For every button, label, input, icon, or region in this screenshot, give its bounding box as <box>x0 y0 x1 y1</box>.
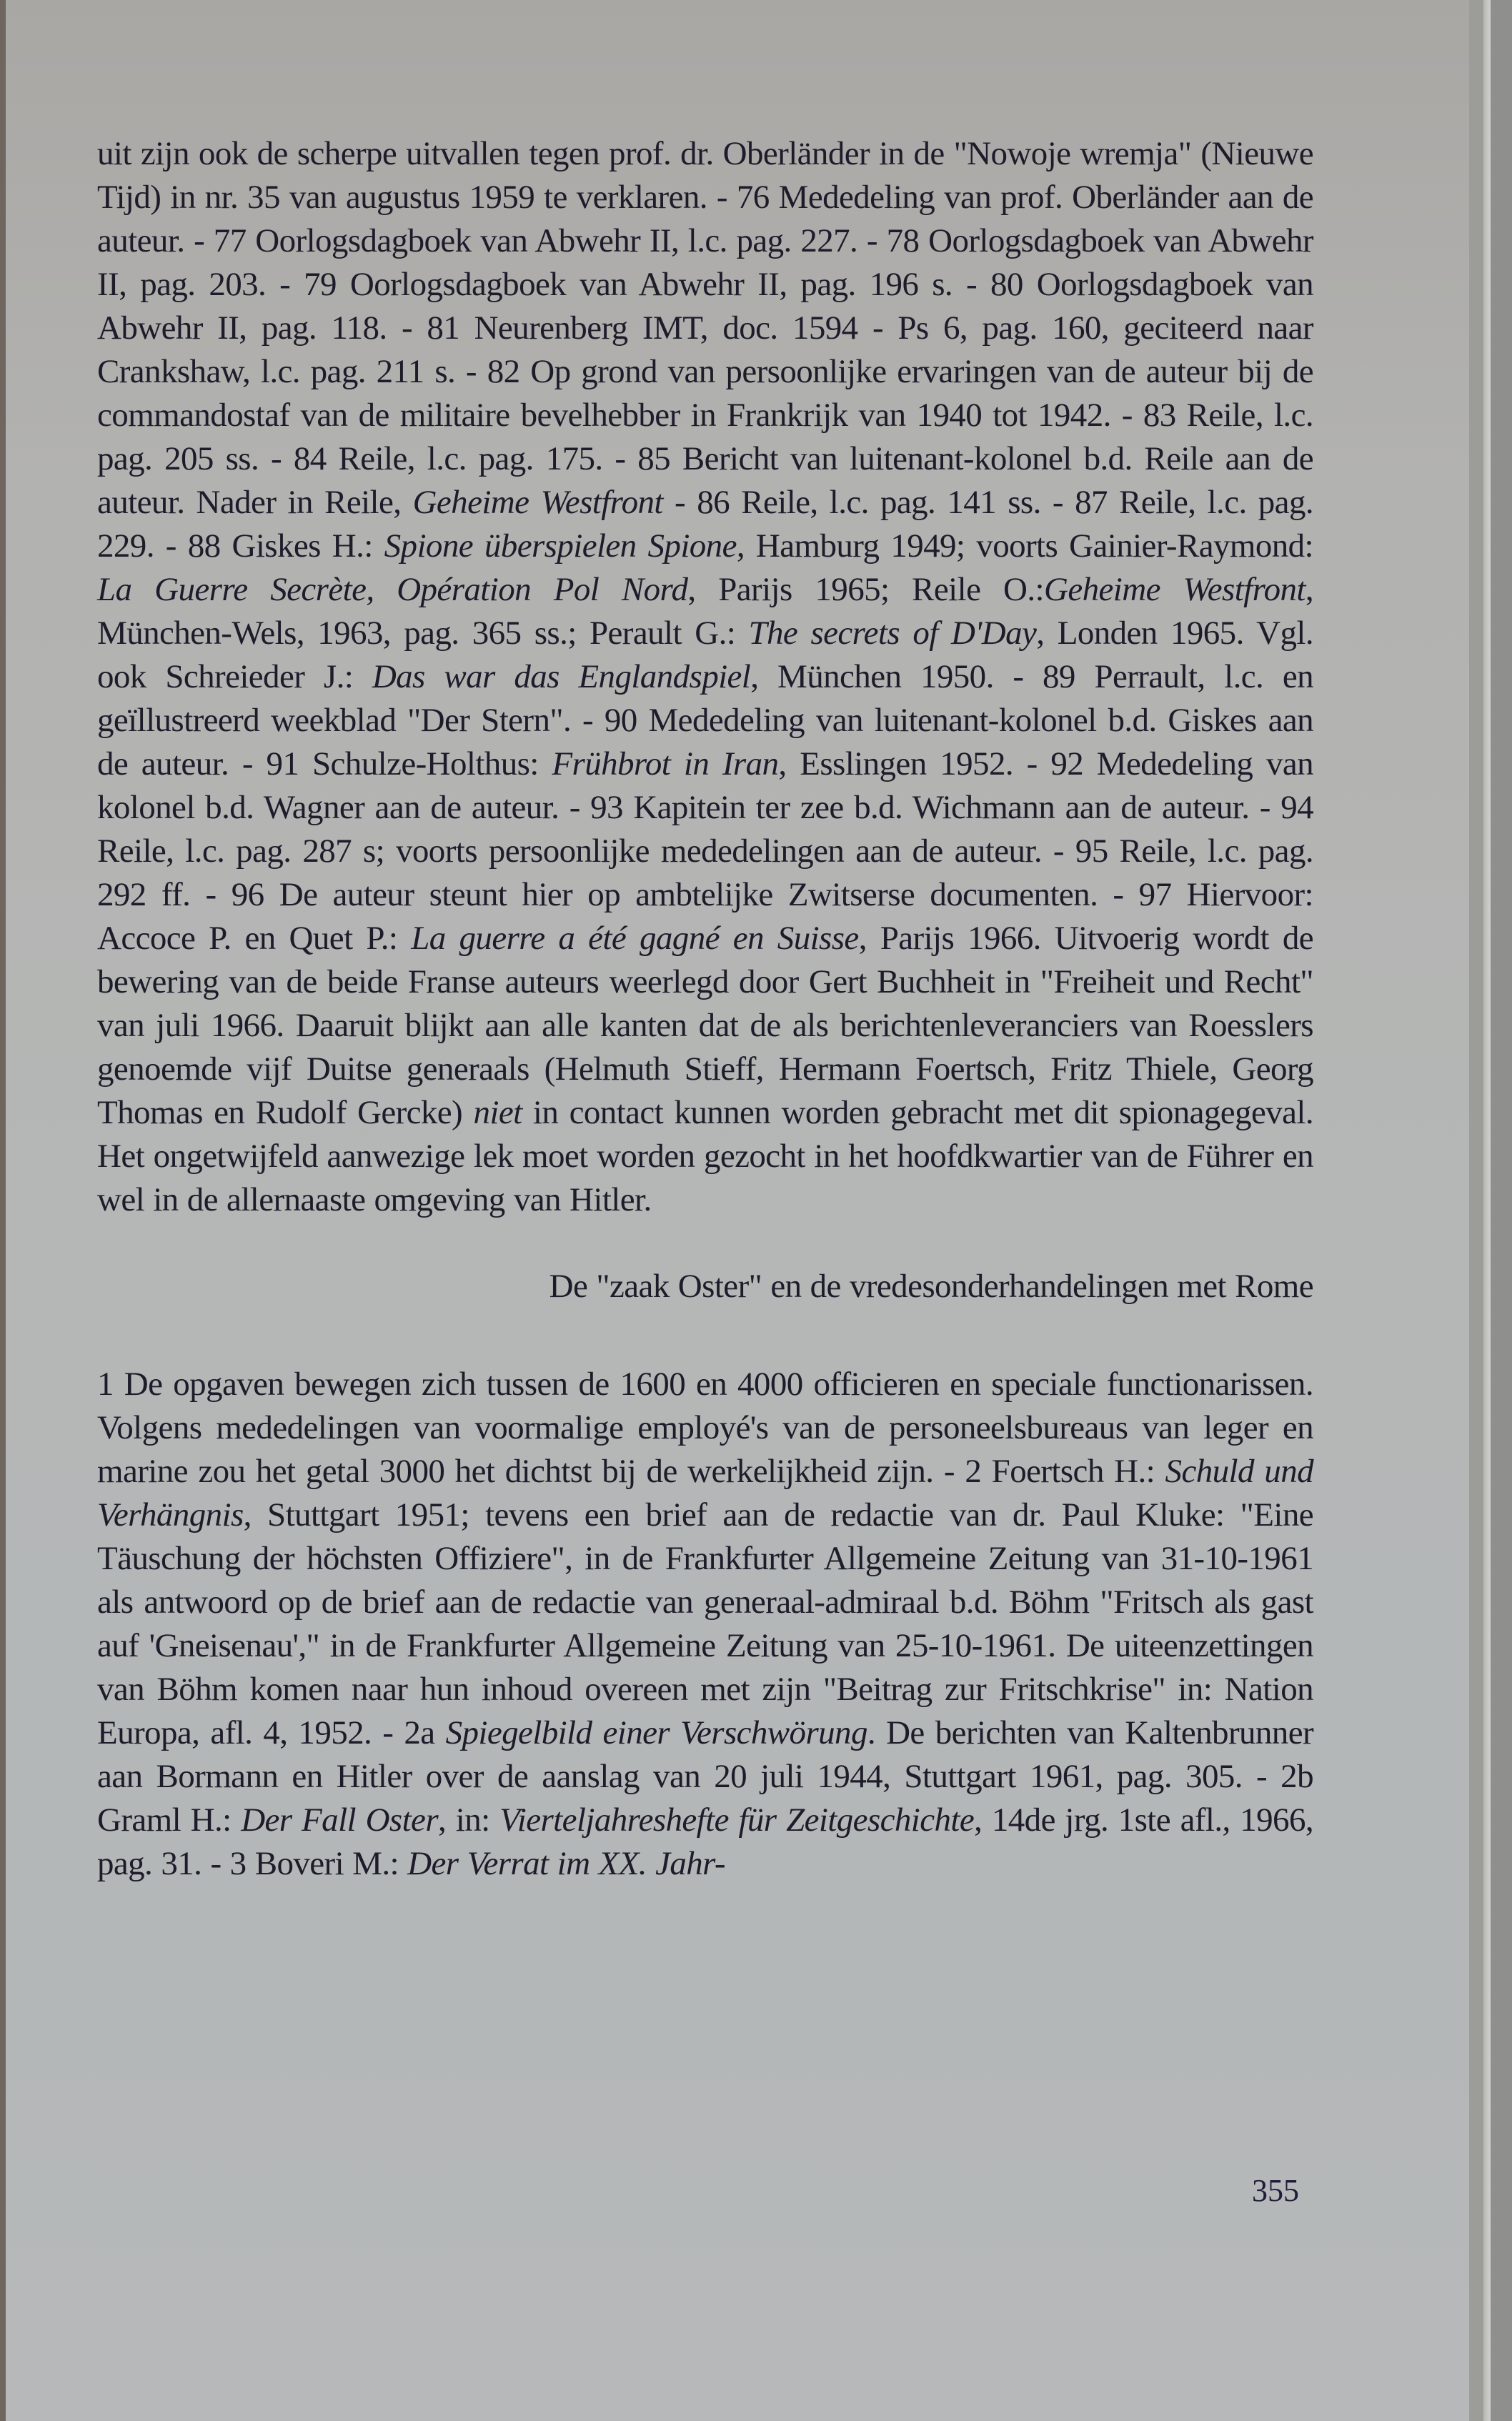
italic-title: Frühbrot in Iran <box>552 745 778 782</box>
text-segment: , Parijs 1965; Reile O.: <box>687 571 1044 608</box>
text-segment: , in: <box>438 1801 499 1839</box>
italic-title: Das war das Englandspiel <box>372 658 750 695</box>
text-segment: 1 De opgaven bewegen zich tussen de 1600… <box>97 1366 1313 1490</box>
page-right-edge <box>1469 0 1491 2421</box>
italic-title: Spione überspielen Spione <box>384 527 737 565</box>
italic-title: Geheime Westfront <box>1044 571 1305 608</box>
italic-title: Der Fall Oster <box>241 1801 438 1839</box>
italic-title: The secrets of D'Day <box>748 615 1036 652</box>
notes-paragraph-1: uit zijn ook de scherpe uitvallen tegen … <box>97 132 1313 1222</box>
notes-text-block: uit zijn ook de scherpe uitvallen tegen … <box>97 132 1313 1886</box>
italic-emphasis: niet <box>473 1094 522 1131</box>
text-segment: uit zijn ook de scherpe uitvallen tegen … <box>97 135 1313 521</box>
section-heading: De "zaak Oster" en de vredesonderhandeli… <box>97 1265 1313 1308</box>
text-segment: , Stuttgart 1951; tevens een brief aan d… <box>97 1496 1313 1751</box>
italic-title: La guerre a été gagné en Suisse <box>411 920 858 957</box>
notes-paragraph-2: 1 De opgaven bewegen zich tussen de 1600… <box>97 1363 1313 1886</box>
italic-title: Geheime Westfront <box>413 484 663 521</box>
book-spine-edge <box>0 0 6 2421</box>
italic-title: Der Verrat im XX. Jahr- <box>407 1845 725 1882</box>
italic-title: Spiegelbild einer Verschwörung <box>446 1714 867 1751</box>
text-segment: , Hamburg 1949; voorts Gainier-Raymond: <box>737 527 1313 565</box>
italic-title: La Guerre Secrète, Opération Pol Nord <box>97 571 687 608</box>
italic-title: Vierteljahreshefte für Zeitgeschichte <box>499 1801 974 1839</box>
page-number: 355 <box>1252 2172 1299 2209</box>
